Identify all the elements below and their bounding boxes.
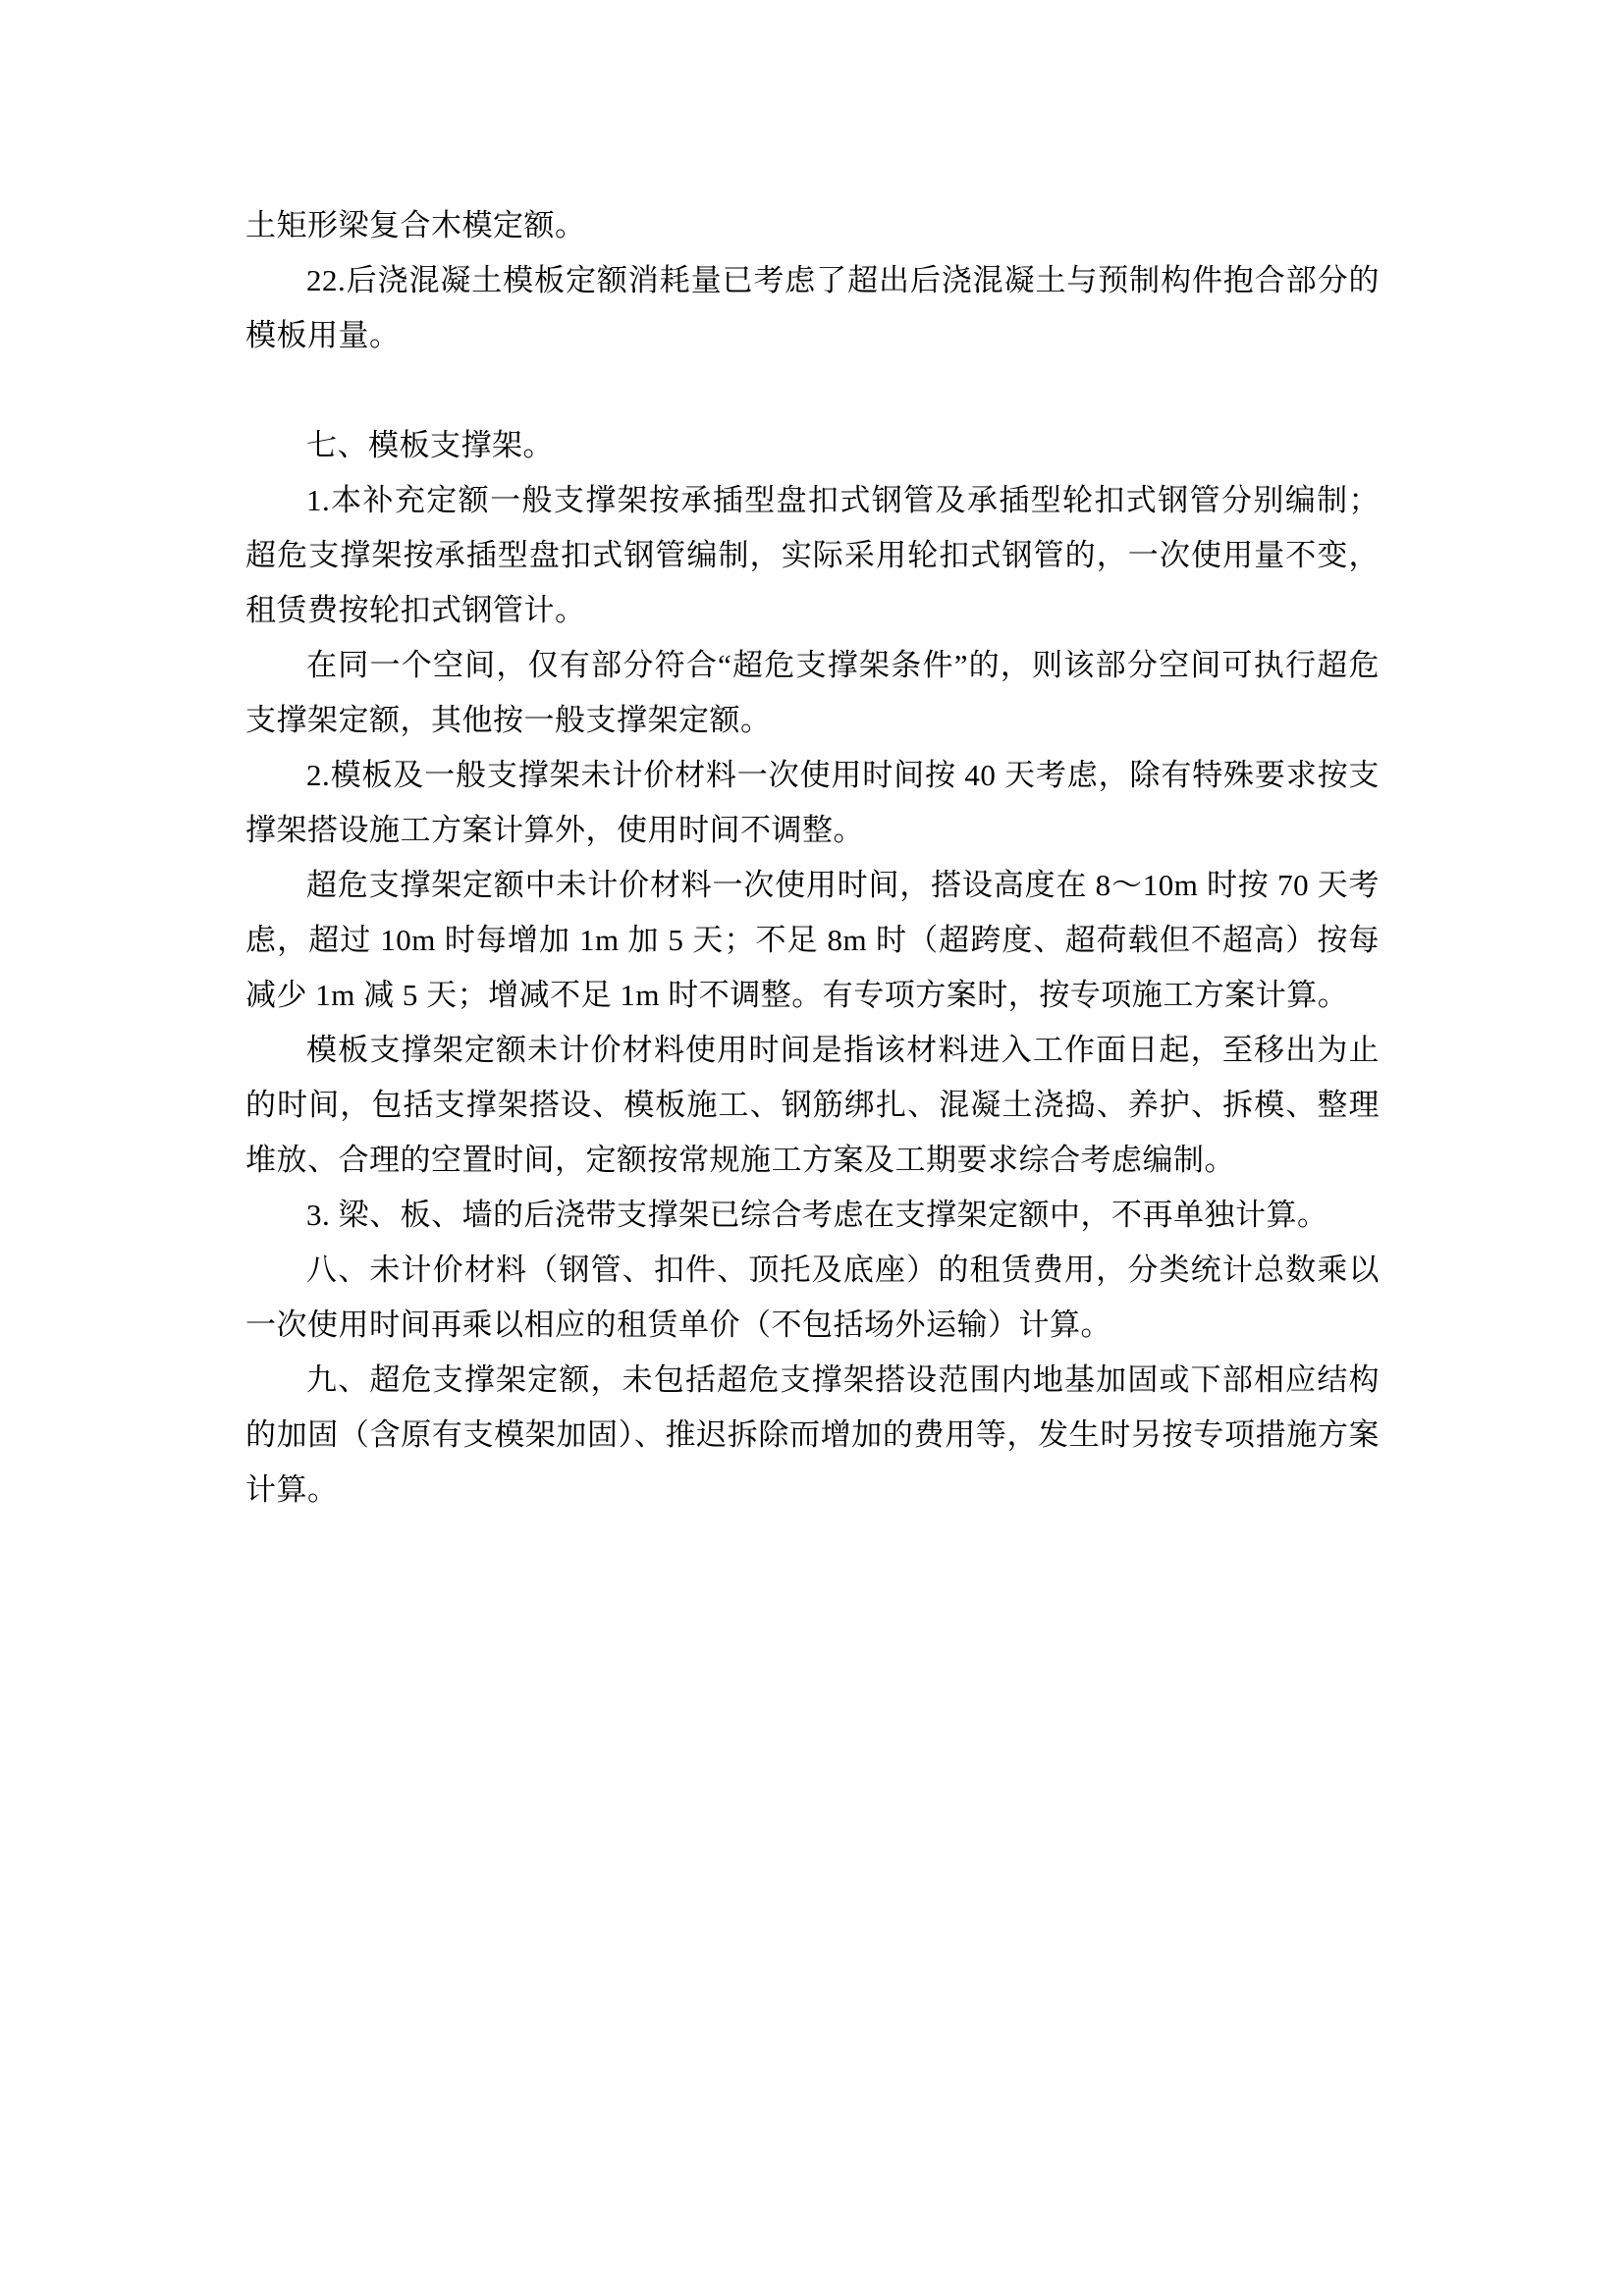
paragraph: 在同一个空间，仅有部分符合“超危支撑架条件”的，则该部分空间可执行超危支撑架定额…	[245, 638, 1380, 748]
paragraph: 22.后浇混凝土模板定额消耗量已考虑了超出后浇混凝土与预制构件抱合部分的模板用量…	[245, 253, 1380, 363]
paragraph: 1.本补充定额一般支撑架按承插型盘扣式钢管及承插型轮扣式钢管分别编制；超危支撑架…	[245, 473, 1380, 638]
blank-line	[245, 363, 1380, 418]
paragraph: 2.模板及一般支撑架未计价材料一次使用时间按 40 天考虑，除有特殊要求按支撑架…	[245, 748, 1380, 858]
document-content: 土矩形梁复合木模定额。22.后浇混凝土模板定额消耗量已考虑了超出后浇混凝土与预制…	[245, 198, 1380, 1518]
paragraph: 土矩形梁复合木模定额。	[245, 198, 1380, 253]
document-page: 土矩形梁复合木模定额。22.后浇混凝土模板定额消耗量已考虑了超出后浇混凝土与预制…	[0, 0, 1624, 2296]
paragraph: 八、未计价材料（钢管、扣件、顶托及底座）的租赁费用，分类统计总数乘以一次使用时间…	[245, 1243, 1380, 1353]
paragraph: 七、模板支撑架。	[245, 418, 1380, 473]
paragraph: 超危支撑架定额中未计价材料一次使用时间，搭设高度在 8～10m 时按 70 天考…	[245, 858, 1380, 1023]
paragraph: 3. 梁、板、墙的后浇带支撑架已综合考虑在支撑架定额中，不再单独计算。	[245, 1188, 1380, 1243]
paragraph: 九、超危支撑架定额，未包括超危支撑架搭设范围内地基加固或下部相应结构的加固（含原…	[245, 1353, 1380, 1518]
paragraph: 模板支撑架定额未计价材料使用时间是指该材料进入工作面日起，至移出为止的时间，包括…	[245, 1023, 1380, 1188]
